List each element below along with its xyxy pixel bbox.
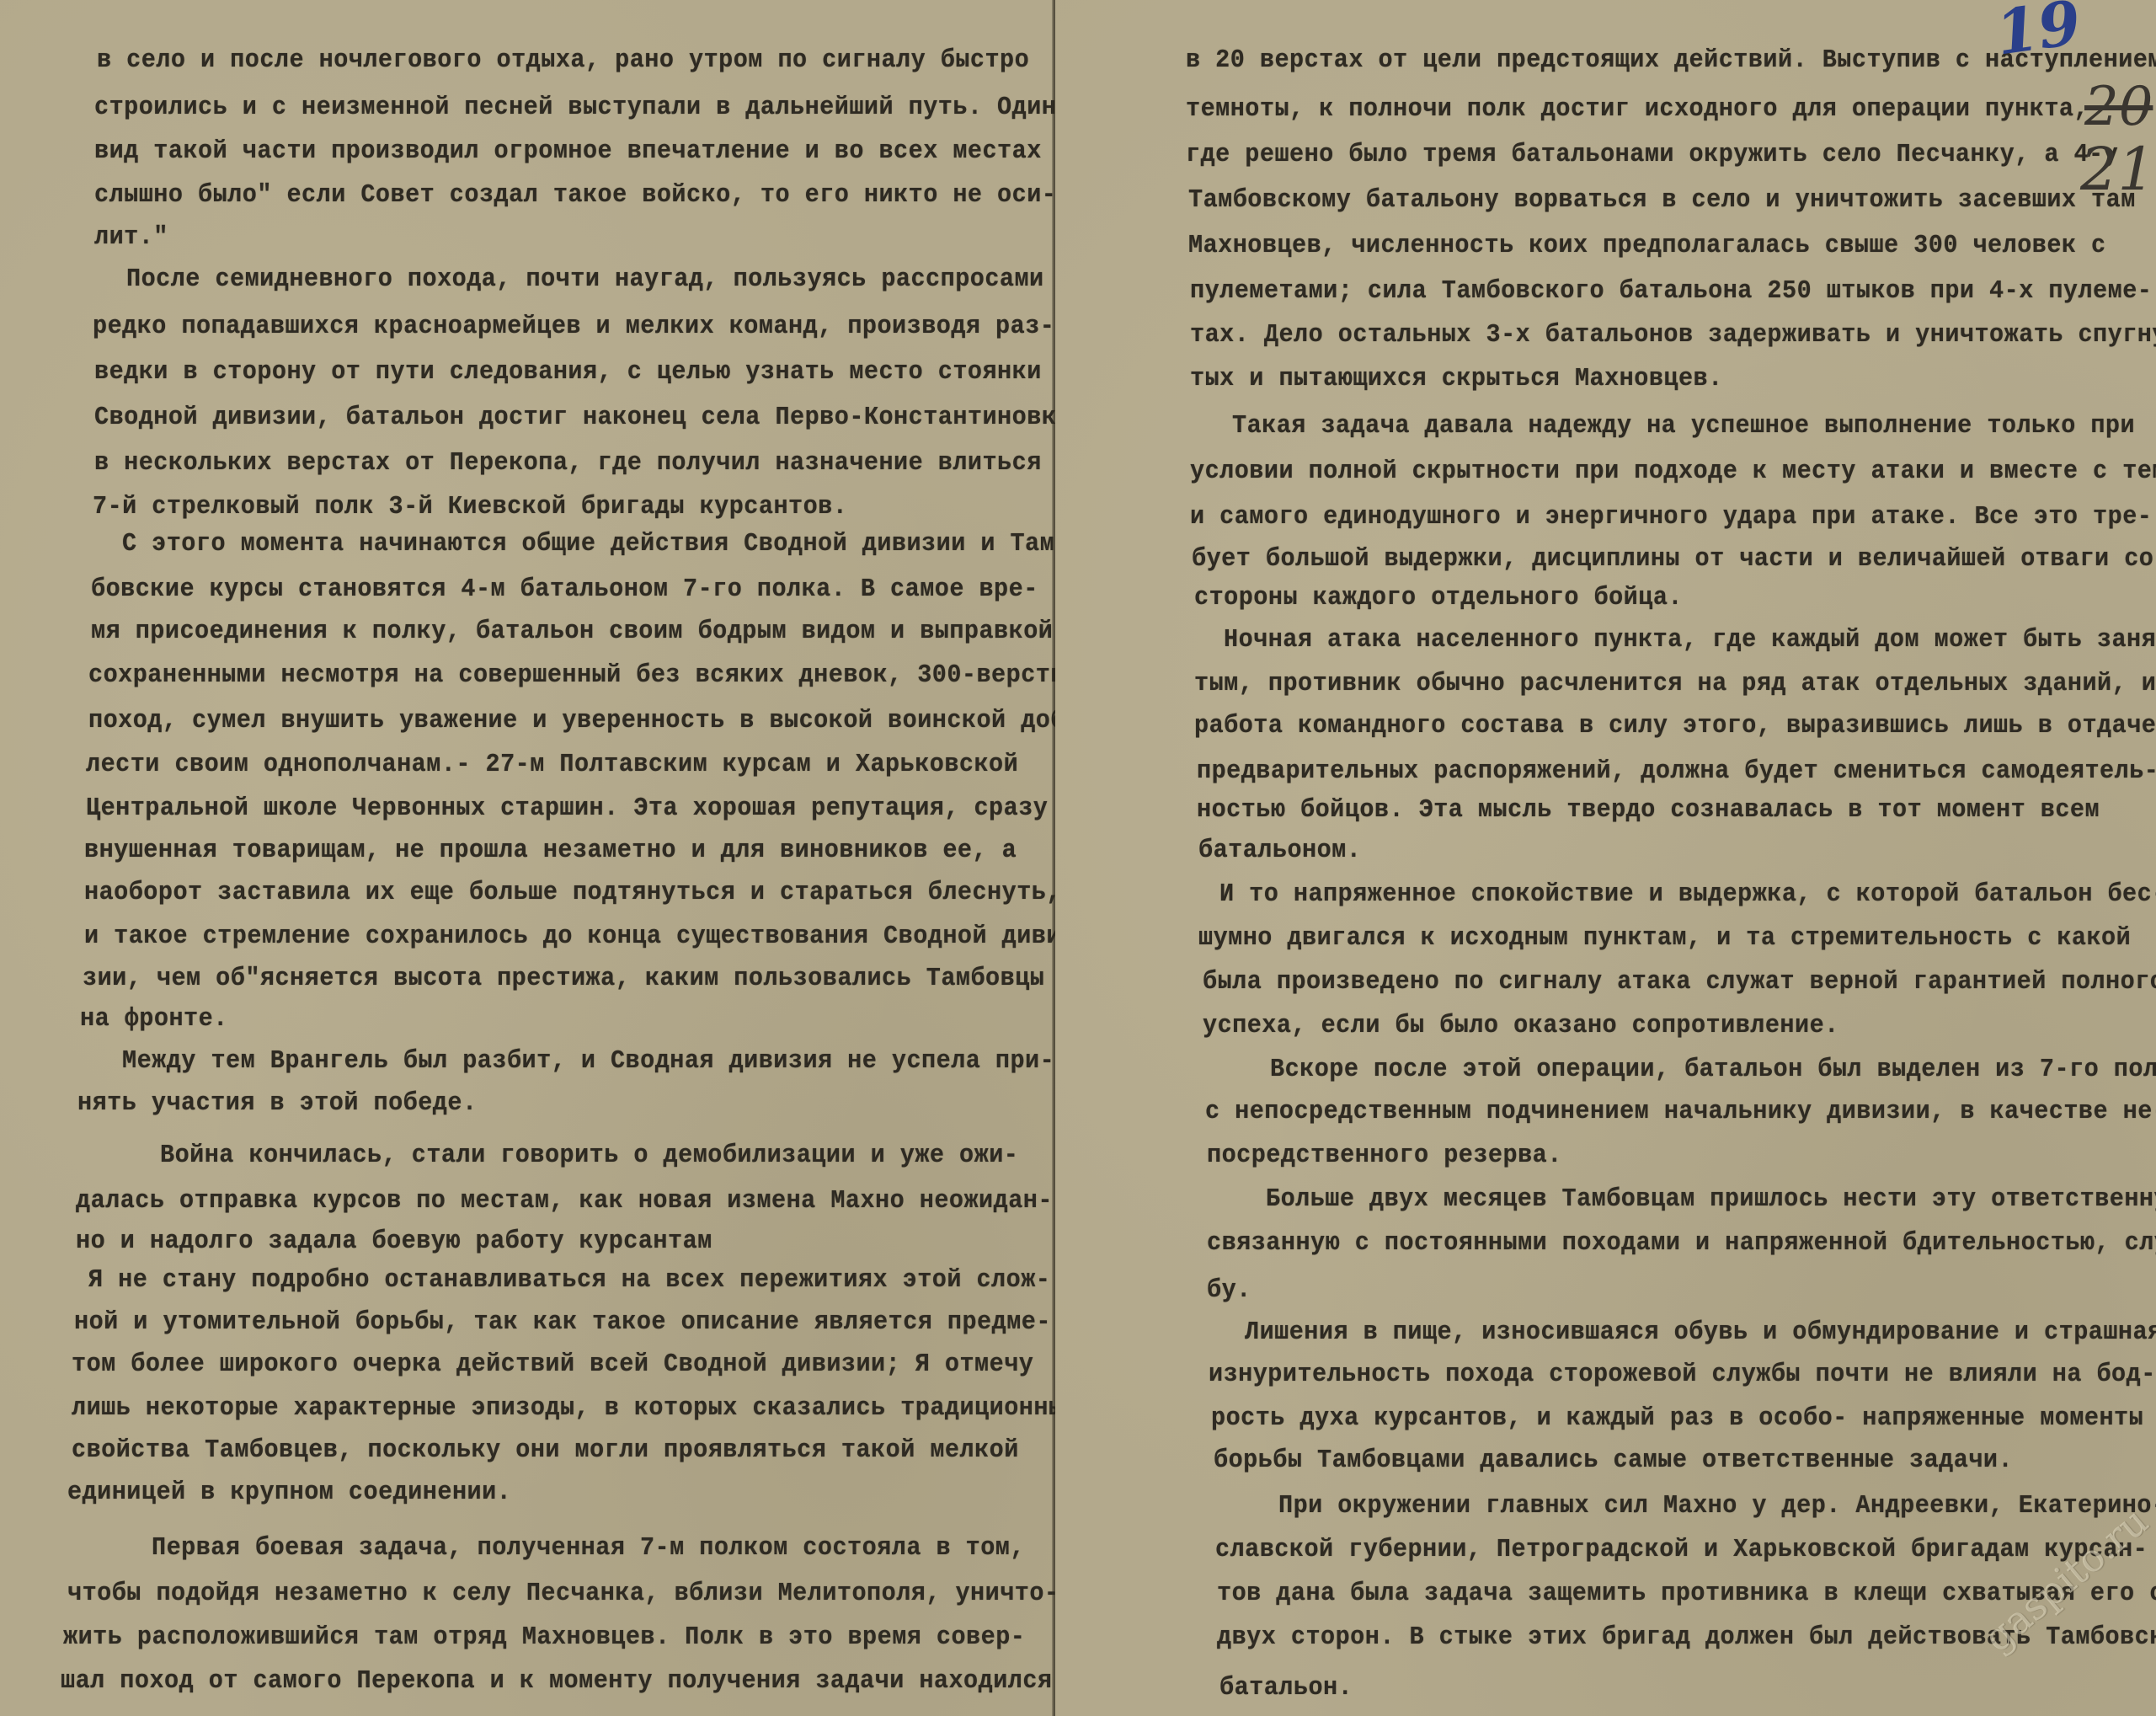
text-line: ностью бойцов. Эта мысль твердо сознавал… bbox=[1197, 794, 2100, 827]
text-line: посредственного резерва. bbox=[1207, 1139, 1562, 1173]
text-line: лит." bbox=[94, 221, 168, 254]
text-line: внушенная товарищам, не прошла незаметно… bbox=[84, 834, 1017, 868]
text-line: но и надолго задала боевую работу курсан… bbox=[76, 1225, 712, 1259]
text-line: предварительных распоряжений, должна буд… bbox=[1197, 755, 2156, 789]
text-line: была произведено по сигналу атака служат… bbox=[1203, 965, 2156, 999]
text-line: где решено было тремя батальонами окружи… bbox=[1186, 138, 2118, 172]
text-line: рость духа курсантов, и каждый раз в осо… bbox=[1211, 1402, 2143, 1435]
text-line: лести своим однополчанам.- 27-м Полтавск… bbox=[86, 748, 1018, 782]
paragraph-start: Ночная атака населенного пункта, где каж… bbox=[1224, 623, 2156, 657]
right-page: в 20 верстах от цели предстоящих действи… bbox=[1055, 0, 2156, 1716]
left-page: в село и после ночлегового отдыха, рано … bbox=[0, 0, 1055, 1716]
text-line: слышно было" если Совет создал такое вой… bbox=[94, 179, 1056, 212]
text-line: работа командного состава в силу этого, … bbox=[1194, 709, 2156, 743]
paragraph-start: При окружении главных сил Махно у дер. А… bbox=[1278, 1489, 2156, 1523]
folio-number-crossed-out: 20 bbox=[2084, 76, 2153, 138]
text-line: славской губернии, Петроградской и Харьк… bbox=[1215, 1533, 2148, 1567]
text-line: пулеметами; сила Тамбовского батальона 2… bbox=[1190, 275, 2152, 308]
text-line: единицей в крупном соединении. bbox=[67, 1476, 511, 1510]
paragraph-start: И то напряженное спокойствие и выдержка,… bbox=[1219, 878, 2156, 911]
paragraph-start: Вскоре после этой операции, батальон был… bbox=[1270, 1053, 2156, 1087]
text-line: борьбы Тамбовцами давались самые ответст… bbox=[1214, 1444, 2013, 1478]
text-line: батальон. bbox=[1219, 1671, 1353, 1705]
text-line: изнурительность похода сторожевой службы… bbox=[1209, 1358, 2156, 1392]
paragraph-start: Между тем Врангель был разбит, и Сводная… bbox=[122, 1045, 1054, 1078]
paragraph-start: С этого момента начинаются общие действи… bbox=[122, 527, 1070, 561]
text-line: мя присоединения к полку, батальон своим… bbox=[91, 615, 1068, 649]
text-line: Тамбовскому батальону ворваться в село и… bbox=[1188, 184, 2136, 217]
paragraph-start: Война кончилась, стали говорить о демоби… bbox=[160, 1139, 1018, 1173]
text-line: и такое стремление сохранилось до конца … bbox=[84, 920, 1076, 954]
paragraph-start: Больше двух месяцев Тамбовцам пришлось н… bbox=[1266, 1183, 2156, 1216]
text-line: Центральной школе Червонных старшин. Эта… bbox=[86, 792, 1048, 826]
text-line: бовские курсы становятся 4-м батальоном … bbox=[91, 573, 1038, 607]
text-line: условии полной скрытности при подходе к … bbox=[1190, 455, 2156, 489]
text-line: в нескольких верстах от Перекопа, где по… bbox=[94, 446, 1071, 480]
text-line: жить расположившийся там отряд Махновцев… bbox=[63, 1621, 1025, 1655]
paragraph-start: Лишения в пище, износившаяся обувь и обм… bbox=[1245, 1316, 2156, 1350]
text-line: Сводной дивизии, батальон достиг наконец… bbox=[94, 401, 1071, 435]
text-line: бу. bbox=[1207, 1274, 1251, 1307]
paragraph-start: После семидневного похода, почти наугад,… bbox=[126, 263, 1044, 297]
text-line: с непосредственным подчинением начальник… bbox=[1205, 1095, 2156, 1129]
text-line: батальоном. bbox=[1198, 834, 1361, 868]
text-line: свойства Тамбовцев, поскольку они могли … bbox=[72, 1434, 1019, 1467]
text-line: ведки в сторону от пути следования, с це… bbox=[94, 355, 1042, 389]
text-line: и самого единодушного и энергичного удар… bbox=[1190, 500, 2152, 534]
text-line: шал поход от самого Перекопа и к моменту… bbox=[61, 1665, 1053, 1698]
folio-number-blue: 19 bbox=[1992, 0, 2085, 69]
text-line: тах. Дело остальных 3-х батальонов задер… bbox=[1190, 318, 2156, 352]
text-line: стороны каждого отдельного бойца. bbox=[1194, 581, 1683, 615]
text-line: далась отправка курсов по местам, как но… bbox=[76, 1184, 1053, 1218]
text-line: чтобы подойдя незаметно к селу Песчанка,… bbox=[67, 1577, 1059, 1611]
text-line: успеха, если бы было оказано сопротивлен… bbox=[1203, 1009, 1839, 1043]
text-line: на фронте. bbox=[80, 1002, 228, 1036]
text-line: редко попадавшихся красноармейцев и мелк… bbox=[93, 310, 1054, 344]
text-line: тых и пытающихся скрыться Махновцев. bbox=[1190, 362, 1723, 396]
text-line: нять участия в этой победе. bbox=[77, 1087, 478, 1120]
text-line: тым, противник обычно расчленится на ряд… bbox=[1194, 667, 2156, 701]
text-line: 7-й стрелковый полк 3-й Киевской бригады… bbox=[93, 490, 847, 524]
text-line: темноты, к полночи полк достиг исходного… bbox=[1186, 93, 2089, 126]
text-line: том более широкого очерка действий всей … bbox=[72, 1348, 1033, 1382]
text-line: ной и утомительной борьбы, так как такое… bbox=[74, 1306, 1051, 1339]
text-line: наоборот заставила их еще больше подтяну… bbox=[84, 876, 1061, 910]
folio-number-current: 21 bbox=[2080, 135, 2155, 204]
text-line: сохраненными несмотря на совершенный без… bbox=[88, 659, 1081, 692]
paragraph-start: Такая задача давала надежду на успешное … bbox=[1232, 409, 2135, 443]
text-line: в село и после ночлегового отдыха, рано … bbox=[97, 44, 1029, 78]
text-line: зии, чем об"ясняется высота престижа, ка… bbox=[83, 962, 1044, 996]
text-line: вид такой части производил огромное впеч… bbox=[94, 135, 1042, 168]
text-line: лишь некоторые характерные эпизоды, в ко… bbox=[72, 1392, 1078, 1425]
text-line: Махновцев, численность коих предполагала… bbox=[1188, 229, 2106, 263]
text-line: бует большой выдержки, дисциплины от час… bbox=[1192, 543, 2153, 576]
text-line: связанную с постоянными походами и напря… bbox=[1207, 1227, 2156, 1260]
paragraph-start: Я не стану подробно останавливаться на в… bbox=[88, 1264, 1050, 1297]
text-line: шумно двигался к исходным пунктам, и та … bbox=[1198, 922, 2131, 955]
paragraph-start: Первая боевая задача, полученная 7-м пол… bbox=[152, 1532, 1025, 1565]
text-line: строились и с неизменной песней выступал… bbox=[94, 91, 1056, 125]
text-line: поход, сумел внушить уважение и уверенно… bbox=[88, 704, 1065, 738]
